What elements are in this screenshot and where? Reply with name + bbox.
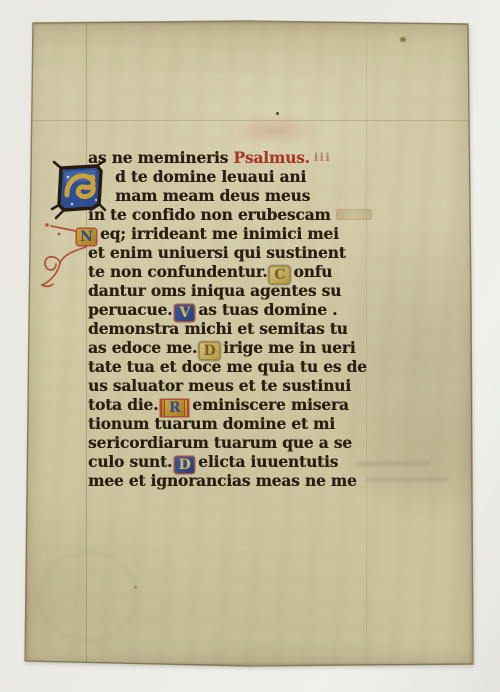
line-text: us saluator meus et te sustinui <box>88 376 351 395</box>
text-line: peruacue.Vas tuas domine . <box>88 300 337 321</box>
line-text: peruacue. <box>88 300 172 319</box>
text-line: as edoce me.Dirige me in ueri <box>88 338 355 359</box>
line-text: eminiscere misera <box>192 395 348 414</box>
text-line: tota die.Reminiscere misera <box>88 395 349 416</box>
line-text: culo sunt. <box>88 452 172 471</box>
line-text: elicta iuuentutis <box>198 452 338 471</box>
line-text: onfu <box>293 262 332 281</box>
text-line: dantur oms iniqua agentes su <box>88 281 341 300</box>
line-text: d te domine leuaui ani <box>115 167 306 186</box>
line-text: te non confundentur. <box>88 262 267 281</box>
initial-a-artwork <box>52 160 106 216</box>
text-line: demonstra michi et semitas tu <box>88 319 348 338</box>
text-line: sericordiarum tuarum que a se <box>88 433 352 452</box>
text-line: d te domine leuaui ani <box>115 167 306 186</box>
line-filler-ornament <box>337 210 371 219</box>
line-text: sericordiarum tuarum que a se <box>88 433 352 452</box>
line-text: as ne memineris <box>88 148 233 167</box>
text-line: in te confido non erubescam <box>88 205 371 224</box>
line-text: in te confido non erubescam <box>88 205 331 224</box>
line-text: irige me in ueri <box>223 338 355 357</box>
text-line: Neq; irrideant me inimici mei <box>74 224 339 245</box>
line-text: tate tua et doce me quia tu es de <box>88 357 367 376</box>
line-text: demonstra michi et semitas tu <box>88 319 348 338</box>
text-line: mee et ignorancias meas ne me <box>88 471 357 490</box>
text-line: tate tua et doce me quia tu es de <box>88 357 367 376</box>
line-text: eq; irrideant me inimici mei <box>100 224 339 243</box>
text-line: us saluator meus et te sustinui <box>88 376 351 395</box>
rubric-psalmus: Psalmus. <box>233 148 310 167</box>
line-text: et enim uniuersi qui sustinent <box>88 243 346 262</box>
line-text: tionum tuarum domine et mi <box>88 414 335 433</box>
line-text: as tuas domine . <box>198 300 337 319</box>
text-line: tionum tuarum domine et mi <box>88 414 335 433</box>
faint-red-marks: iii <box>314 151 331 164</box>
illuminated-initial-a: A <box>52 160 106 216</box>
text-line: te non confundentur.Confu <box>88 262 332 283</box>
text-line: et enim uniuersi qui sustinent <box>88 243 346 262</box>
text-line: culo sunt.Delicta iuuentutis <box>88 452 338 473</box>
text-line: as ne memineris Psalmus.iii <box>88 148 331 167</box>
text-line: mam meam deus meus <box>115 186 310 205</box>
line-text: tota die. <box>88 395 158 414</box>
line-text: mam meam deus meus <box>115 186 310 205</box>
text-block: as ne memineris Psalmus.iii d te domine … <box>0 0 500 692</box>
line-text: dantur oms iniqua agentes su <box>88 281 341 300</box>
line-text: as edoce me. <box>88 338 197 357</box>
line-text: mee et ignorancias meas ne me <box>88 471 357 490</box>
